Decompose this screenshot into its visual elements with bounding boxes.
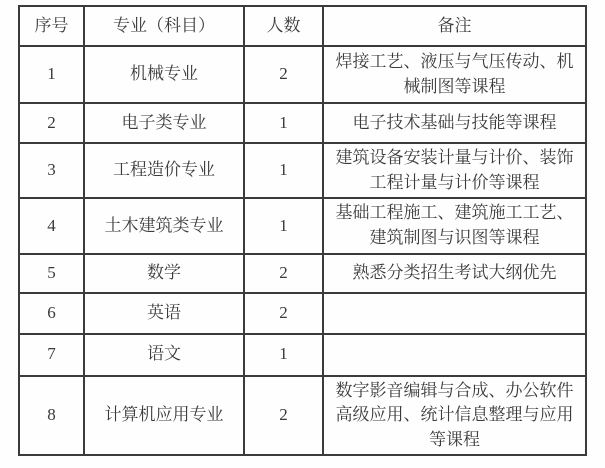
cell-remark: 基础工程施工、建筑施工工艺、建筑制图与识图等课程: [323, 198, 586, 253]
cell-remark: [323, 334, 586, 376]
table-row: 6 英语 2: [19, 293, 586, 334]
cell-major: 工程造价专业: [84, 143, 244, 198]
table-row: 2 电子类专业 1 电子技术基础与技能等课程: [19, 103, 586, 143]
cell-no: 5: [19, 254, 84, 293]
cell-major: 数学: [84, 254, 244, 293]
cell-count: 2: [244, 46, 323, 103]
cell-no: 1: [19, 46, 84, 103]
cell-remark: 熟悉分类招生考试大纲优先: [323, 254, 586, 293]
table-row: 4 土木建筑类专业 1 基础工程施工、建筑施工工艺、建筑制图与识图等课程: [19, 198, 586, 253]
table-row: 5 数学 2 熟悉分类招生考试大纲优先: [19, 254, 586, 293]
header-major: 专业（科目）: [84, 6, 244, 46]
table-row: 8 计算机应用专业 2 数字影音编辑与合成、办公软件高级应用、统计信息整理与应用…: [19, 376, 586, 456]
cell-no: 2: [19, 103, 84, 143]
cell-count: 2: [244, 376, 323, 456]
table-header-row: 序号 专业（科目） 人数 备注: [19, 6, 586, 46]
cell-major: 电子类专业: [84, 103, 244, 143]
cell-remark: 焊接工艺、液压与气压传动、机械制图等课程: [323, 46, 586, 103]
cell-major: 土木建筑类专业: [84, 198, 244, 253]
recruitment-table: 序号 专业（科目） 人数 备注 1 机械专业 2 焊接工艺、液压与气压传动、机械…: [18, 5, 587, 456]
header-no: 序号: [19, 6, 84, 46]
cell-remark: [323, 293, 586, 334]
table-row: 3 工程造价专业 1 建筑设备安装计量与计价、装饰工程计量与计价等课程: [19, 143, 586, 198]
cell-major: 机械专业: [84, 46, 244, 103]
cell-remark: 电子技术基础与技能等课程: [323, 103, 586, 143]
table-row: 7 语文 1: [19, 334, 586, 376]
header-count: 人数: [244, 6, 323, 46]
cell-no: 7: [19, 334, 84, 376]
cell-count: 1: [244, 198, 323, 253]
cell-count: 1: [244, 103, 323, 143]
cell-no: 8: [19, 376, 84, 456]
table-row: 1 机械专业 2 焊接工艺、液压与气压传动、机械制图等课程: [19, 46, 586, 103]
cell-count: 1: [244, 143, 323, 198]
cell-major: 语文: [84, 334, 244, 376]
cell-remark: 建筑设备安装计量与计价、装饰工程计量与计价等课程: [323, 143, 586, 198]
cell-major: 计算机应用专业: [84, 376, 244, 456]
document-page: 序号 专业（科目） 人数 备注 1 机械专业 2 焊接工艺、液压与气压传动、机械…: [0, 0, 605, 468]
header-remark: 备注: [323, 6, 586, 46]
cell-count: 1: [244, 334, 323, 376]
cell-no: 6: [19, 293, 84, 334]
cell-major: 英语: [84, 293, 244, 334]
cell-remark: 数字影音编辑与合成、办公软件高级应用、统计信息整理与应用等课程: [323, 376, 586, 456]
cell-count: 2: [244, 293, 323, 334]
cell-count: 2: [244, 254, 323, 293]
cell-no: 4: [19, 198, 84, 253]
cell-no: 3: [19, 143, 84, 198]
